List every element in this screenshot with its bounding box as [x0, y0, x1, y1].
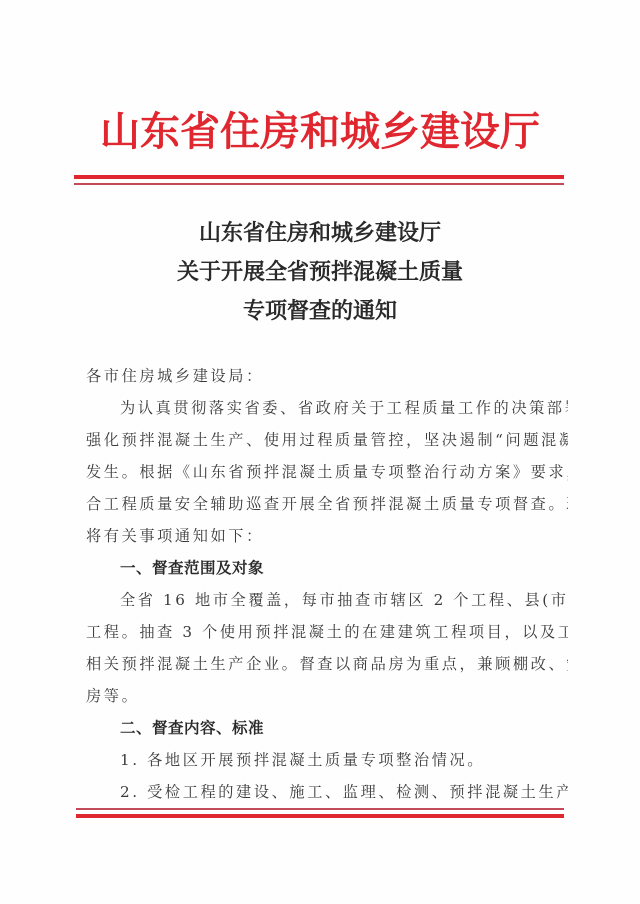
- footer-rule-thick: [76, 814, 564, 818]
- section-2-item: 1. 各地区开展预拌混凝土质量专项整治情况。: [86, 744, 568, 776]
- section-1-line: 全省 16 地市全覆盖，每市抽查市辖区 2 个工程、县(市)1 个: [86, 584, 568, 616]
- intro-line: 发生。根据《山东省预拌混凝土质量专项整治行动方案》要求，结: [86, 456, 568, 488]
- doc-title-line-2: 关于开展全省预拌混凝土质量: [0, 259, 640, 285]
- section-1-line: 房等。: [86, 680, 568, 712]
- document-body: 各市住房城乡建设局： 为认真贯彻落实省委、省政府关于工程质量工作的决策部署， 强…: [86, 360, 568, 808]
- masthead-title: 山东省住房和城乡建设厅: [0, 108, 640, 156]
- masthead-rule-thick: [74, 175, 564, 179]
- intro-line: 将有关事项通知如下：: [86, 520, 568, 552]
- section-2-item: 2. 受检工程的建设、施工、监理、检测、预拌混凝土生产等单位: [86, 776, 568, 808]
- intro-line: 为认真贯彻落实省委、省政府关于工程质量工作的决策部署，: [86, 392, 568, 424]
- footer-rule-thin: [76, 808, 564, 810]
- section-1-line: 工程。抽查 3 个使用预拌混凝土的在建建筑工程项目，以及工程: [86, 616, 568, 648]
- section-1-line: 相关预拌混凝土生产企业。督查以商品房为重点，兼顾棚改、安置: [86, 648, 568, 680]
- section-1-heading: 一、督查范围及对象: [86, 552, 568, 584]
- doc-title-line-3: 专项督查的通知: [0, 298, 640, 324]
- masthead-rule-thin: [74, 183, 564, 185]
- intro-line: 强化预拌混凝土生产、使用过程质量管控，坚决遏制“问题混凝土”: [86, 424, 568, 456]
- doc-title-line-1: 山东省住房和城乡建设厅: [0, 220, 640, 246]
- document-page: 山东省住房和城乡建设厅 山东省住房和城乡建设厅 关于开展全省预拌混凝土质量 专项…: [0, 0, 640, 904]
- intro-line: 合工程质量安全辅助巡查开展全省预拌混凝土质量专项督查。现: [86, 488, 568, 520]
- section-2-heading: 二、督查内容、标准: [86, 712, 568, 744]
- salutation: 各市住房城乡建设局：: [86, 360, 568, 392]
